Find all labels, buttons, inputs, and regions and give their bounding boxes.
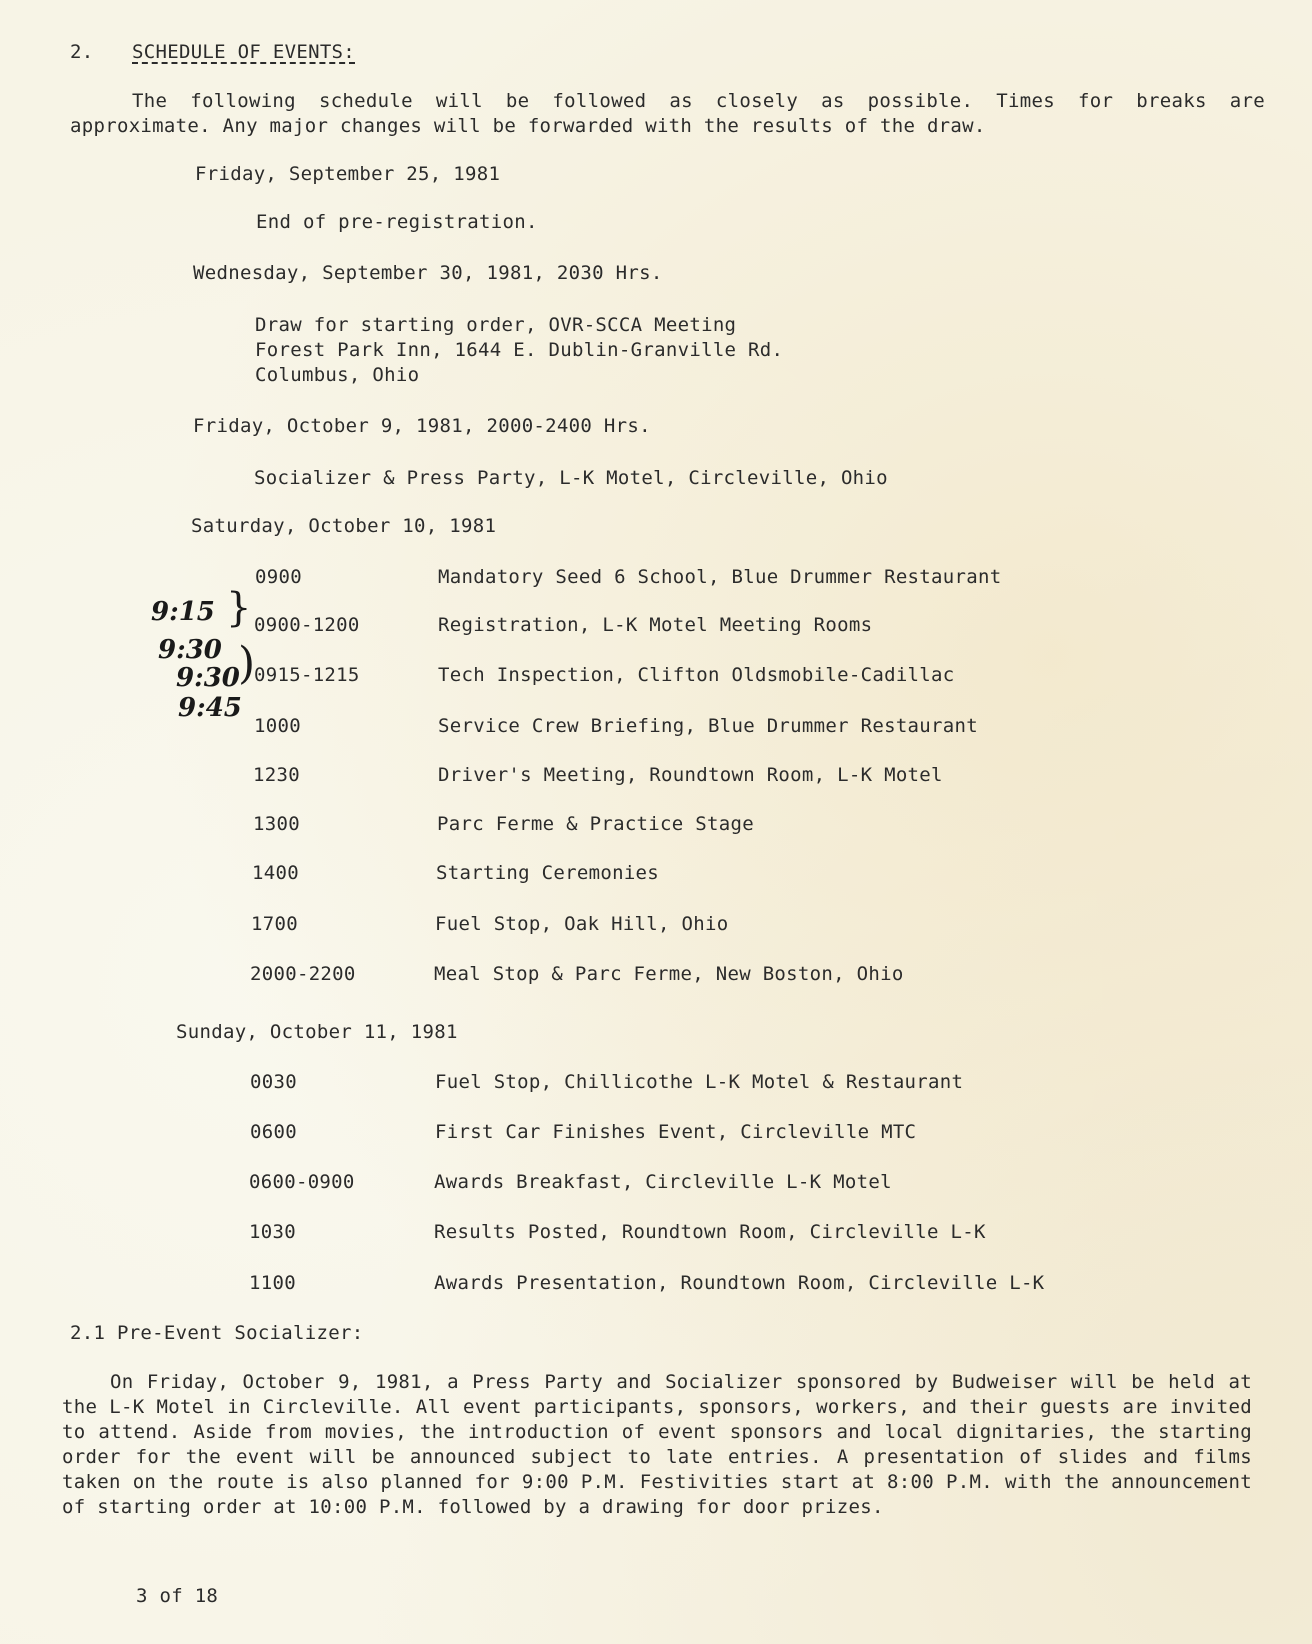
event-description: Registration, L-K Motel Meeting Rooms bbox=[438, 614, 872, 636]
event-time: 0600-0900 bbox=[249, 1171, 355, 1193]
event-time: 1230 bbox=[253, 764, 300, 786]
event-time: 1100 bbox=[249, 1272, 296, 1294]
date-heading: Friday, September 25, 1981 bbox=[195, 163, 500, 185]
event-description: Driver's Meeting, Roundtown Room, L-K Mo… bbox=[438, 764, 943, 786]
event-detail-line: Forest Park Inn, 1644 E. Dublin-Granvill… bbox=[255, 338, 783, 363]
handwritten-note: 9:30 bbox=[158, 635, 222, 665]
event-time: 0900-1200 bbox=[254, 614, 360, 636]
event-description: Awards Breakfast, Circleville L-K Motel bbox=[434, 1171, 892, 1193]
section-title: SCHEDULE OF EVENTS: bbox=[132, 41, 355, 63]
section-number: 2. bbox=[70, 41, 93, 63]
event-detail-line: Columbus, Ohio bbox=[255, 363, 419, 388]
event-detail: End of pre-registration. bbox=[256, 210, 538, 235]
event-description: Awards Presentation, Roundtown Room, Cir… bbox=[434, 1272, 1044, 1294]
event-time: 1030 bbox=[249, 1221, 296, 1243]
document-page: 2. SCHEDULE OF EVENTS: The following sch… bbox=[0, 0, 1312, 1644]
event-description: Service Crew Briefing, Blue Drummer Rest… bbox=[438, 715, 978, 737]
handwritten-note: 9:30 bbox=[176, 663, 240, 693]
event-time: 0915-1215 bbox=[254, 664, 360, 686]
date-heading: Sunday, October 11, 1981 bbox=[176, 1021, 458, 1043]
event-description: Starting Ceremonies bbox=[436, 862, 659, 884]
subsection-body: On Friday, October 9, 1981, a Press Part… bbox=[62, 1370, 1252, 1520]
event-time: 1300 bbox=[253, 813, 300, 835]
event-time: 0900 bbox=[255, 566, 302, 588]
brace-mark: ) bbox=[238, 649, 255, 679]
event-description: Fuel Stop, Chillicothe L-K Motel & Resta… bbox=[435, 1071, 963, 1093]
event-time: 1000 bbox=[254, 715, 301, 737]
date-heading: Friday, October 9, 1981, 2000-2400 Hrs. bbox=[193, 415, 651, 437]
date-heading: Wednesday, September 30, 1981, 2030 Hrs. bbox=[193, 262, 663, 284]
event-description: Parc Ferme & Practice Stage bbox=[437, 813, 754, 835]
event-time: 1400 bbox=[252, 862, 299, 884]
event-description: First Car Finishes Event, Circleville MT… bbox=[435, 1121, 916, 1143]
event-detail-line: Draw for starting order, OVR-SCCA Meetin… bbox=[255, 313, 736, 338]
event-time: 0030 bbox=[250, 1071, 297, 1093]
brace-mark: } bbox=[226, 593, 251, 623]
event-time: 0600 bbox=[250, 1121, 297, 1143]
handwritten-annotations: 9:15 } 9:30 9:30 ) 9:45 bbox=[148, 597, 258, 752]
event-description: Results Posted, Roundtown Room, Circlevi… bbox=[434, 1221, 986, 1243]
event-time: 1700 bbox=[251, 913, 298, 935]
event-detail: Socializer & Press Party, L-K Motel, Cir… bbox=[254, 466, 888, 491]
intro-paragraph: The following schedule will be followed … bbox=[70, 89, 1265, 139]
handwritten-note: 9:45 bbox=[178, 693, 242, 723]
event-description: Mandatory Seed 6 School, Blue Drummer Re… bbox=[438, 566, 1001, 588]
event-description: Meal Stop & Parc Ferme, New Boston, Ohio bbox=[434, 963, 904, 985]
subsection-title: 2.1 Pre-Event Socializer: bbox=[70, 1322, 363, 1344]
date-heading: Saturday, October 10, 1981 bbox=[191, 515, 496, 537]
handwritten-note: 9:15 bbox=[151, 597, 215, 627]
event-description: Tech Inspection, Clifton Oldsmobile-Cadi… bbox=[438, 664, 955, 686]
event-time: 2000-2200 bbox=[250, 963, 356, 985]
event-description: Fuel Stop, Oak Hill, Ohio bbox=[435, 913, 728, 935]
page-number: 3 of 18 bbox=[136, 1585, 218, 1607]
